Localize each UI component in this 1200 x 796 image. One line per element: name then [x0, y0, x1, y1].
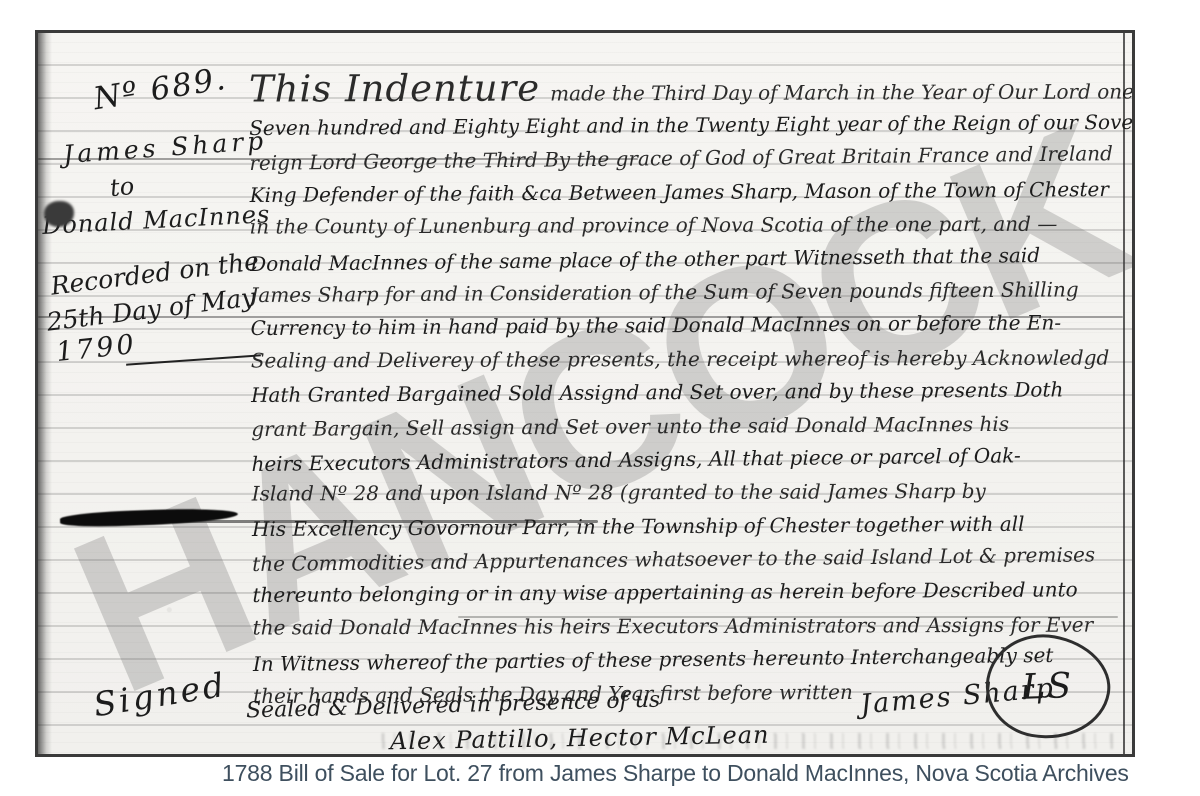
record-number: Nº 689. [91, 61, 230, 118]
caption-text: 1788 Bill of Sale for Lot. 27 from James… [222, 760, 1129, 787]
margin-grantee-name: Donald MacInnes [41, 200, 271, 240]
recorded-note-year: 1790 [55, 329, 139, 368]
deed-body-text: This Indenturemade the Third Day of Marc… [249, 64, 1128, 713]
body-line: Sealing and Deliverey of these presents,… [251, 341, 1126, 377]
witness-signatures: Alex Pattillo, Hector McLean [390, 721, 770, 756]
opening-words: This Indenture [249, 67, 540, 111]
seal-initials: LS [1022, 666, 1075, 708]
body-line-text: made the Third Day of March in the Year … [550, 79, 1135, 105]
binding-shadow-decoration [38, 33, 52, 754]
margin-grantor-name: James Sharp [62, 126, 268, 169]
body-line: This Indenturemade the Third Day of Marc… [249, 65, 1124, 110]
underline-flourish [126, 354, 261, 365]
document-scan: HANCOCK Nº 689. James Sharp to Donald Ma… [35, 30, 1135, 757]
body-line: James Sharp for and in Consideration of … [250, 273, 1125, 312]
body-line: Currency to him in hand paid by the said… [250, 306, 1125, 345]
body-line: Island Nº 28 and upon Island Nº 28 (gran… [252, 475, 1127, 511]
margin-connector: to [109, 172, 136, 202]
